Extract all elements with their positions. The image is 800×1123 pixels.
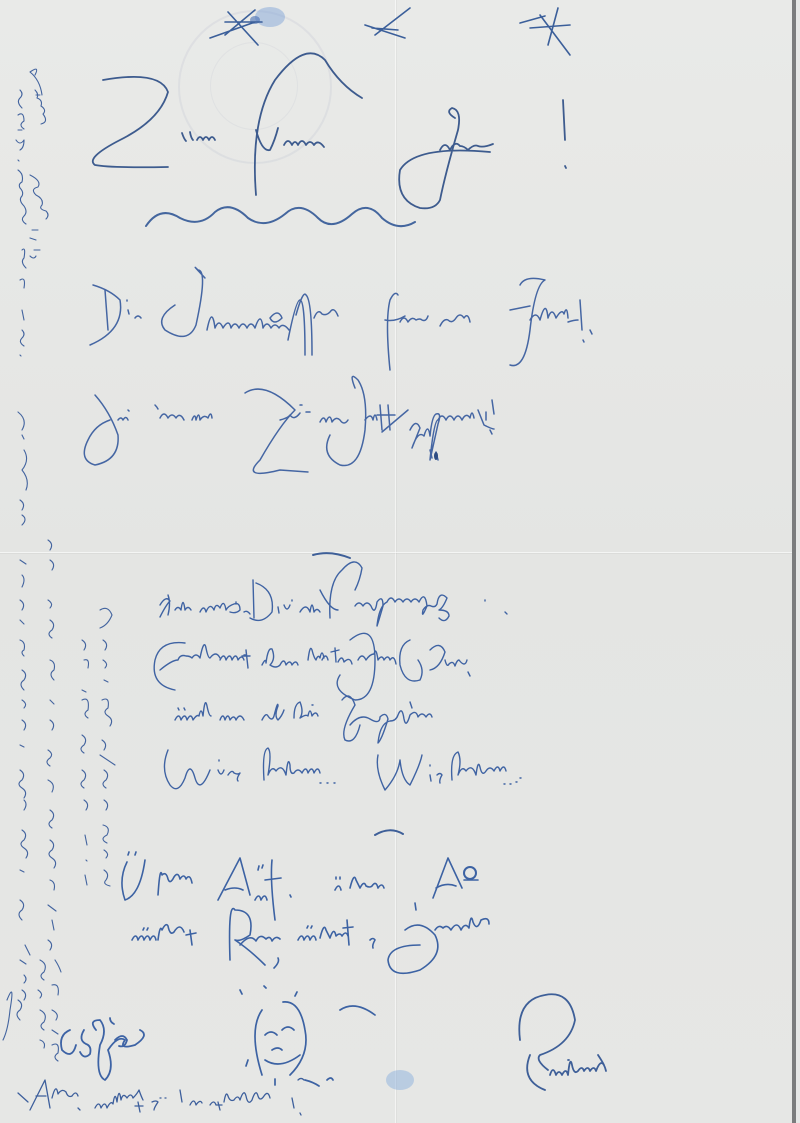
stanza2-ink — [154, 562, 521, 790]
stanza3-ink — [122, 852, 489, 973]
margin-notes-ink — [3, 69, 115, 1061]
smiley-face-icon — [240, 986, 375, 1086]
wave-decoration — [146, 207, 415, 226]
number-ink — [61, 1018, 144, 1080]
stanza1-line2-ink — [84, 376, 494, 473]
handwriting-layer — [0, 0, 796, 1123]
letter-page: Zum Neuen Jahr! Die Schranken offen frei… — [0, 0, 796, 1123]
ink-blot — [255, 7, 285, 27]
postscript-ink — [18, 1079, 304, 1116]
tilde-separator-1 — [313, 553, 350, 558]
ink-blot-bottom — [386, 1070, 414, 1090]
signature-ink — [519, 994, 606, 1090]
heading-zum-neuen-jahr — [93, 53, 566, 208]
tilde-separator-2 — [375, 830, 403, 835]
stanza1-line1-ink — [90, 267, 592, 370]
